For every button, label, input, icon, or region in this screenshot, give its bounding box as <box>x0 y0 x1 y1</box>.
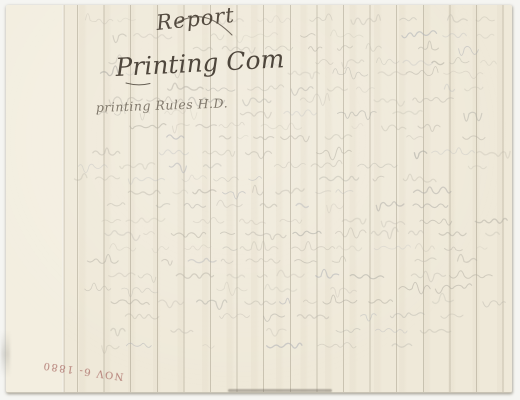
bottom-edge-mark <box>228 389 332 392</box>
fold-crease <box>62 5 65 392</box>
left-edge-smudge <box>1 331 10 377</box>
paper-sheet <box>6 5 512 393</box>
ruled-lines <box>77 5 512 392</box>
scanned-document: Report Printing Com printing Rules H.D. … <box>0 0 520 400</box>
